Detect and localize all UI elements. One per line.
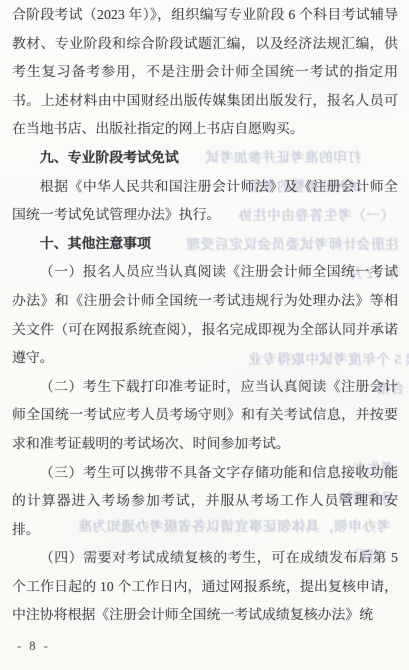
- section-heading-9: 九、专业阶段考试免试: [12, 145, 398, 174]
- document-content: 合阶段考试（2023 年）》，组织编写专业阶段 6 个科目考试辅导教材、专业阶段…: [12, 2, 398, 631]
- page-number: - 8 -: [17, 639, 50, 654]
- section-heading-10: 十、其他注意事项: [12, 231, 398, 260]
- paragraph-continuation: 合阶段考试（2023 年）》，组织编写专业阶段 6 个科目考试辅导教材、专业阶段…: [12, 2, 398, 145]
- paragraph-note-2: （二）考生下载打印准考证时，应当认真阅读《注册会计师全国统一考试应考人员考场守则…: [12, 374, 398, 460]
- paragraph-note-3: （三）考生可以携带不具备文字存储功能和信息接收功能的计算器进入考场参加考试，并服…: [12, 460, 398, 546]
- paragraph-exemption: 根据《中华人民共和国注册会计师法》及《注册会计师全国统一考试免试管理办法》执行。: [12, 174, 398, 231]
- paragraph-note-4: （四）需要对考试成绩复核的考生，可在成绩发布后第 5 个工作日起的 10 个工作…: [12, 545, 398, 631]
- paragraph-note-1: （一）报名人员应当认真阅读《注册会计师全国统一考试办法》和《注册会计师全国统一考…: [12, 259, 398, 373]
- scanned-document-page: 打印的准考证并参加考试 试时间调整的考生 （一）考生答卷由中注协 注册会计师考试…: [0, 0, 409, 670]
